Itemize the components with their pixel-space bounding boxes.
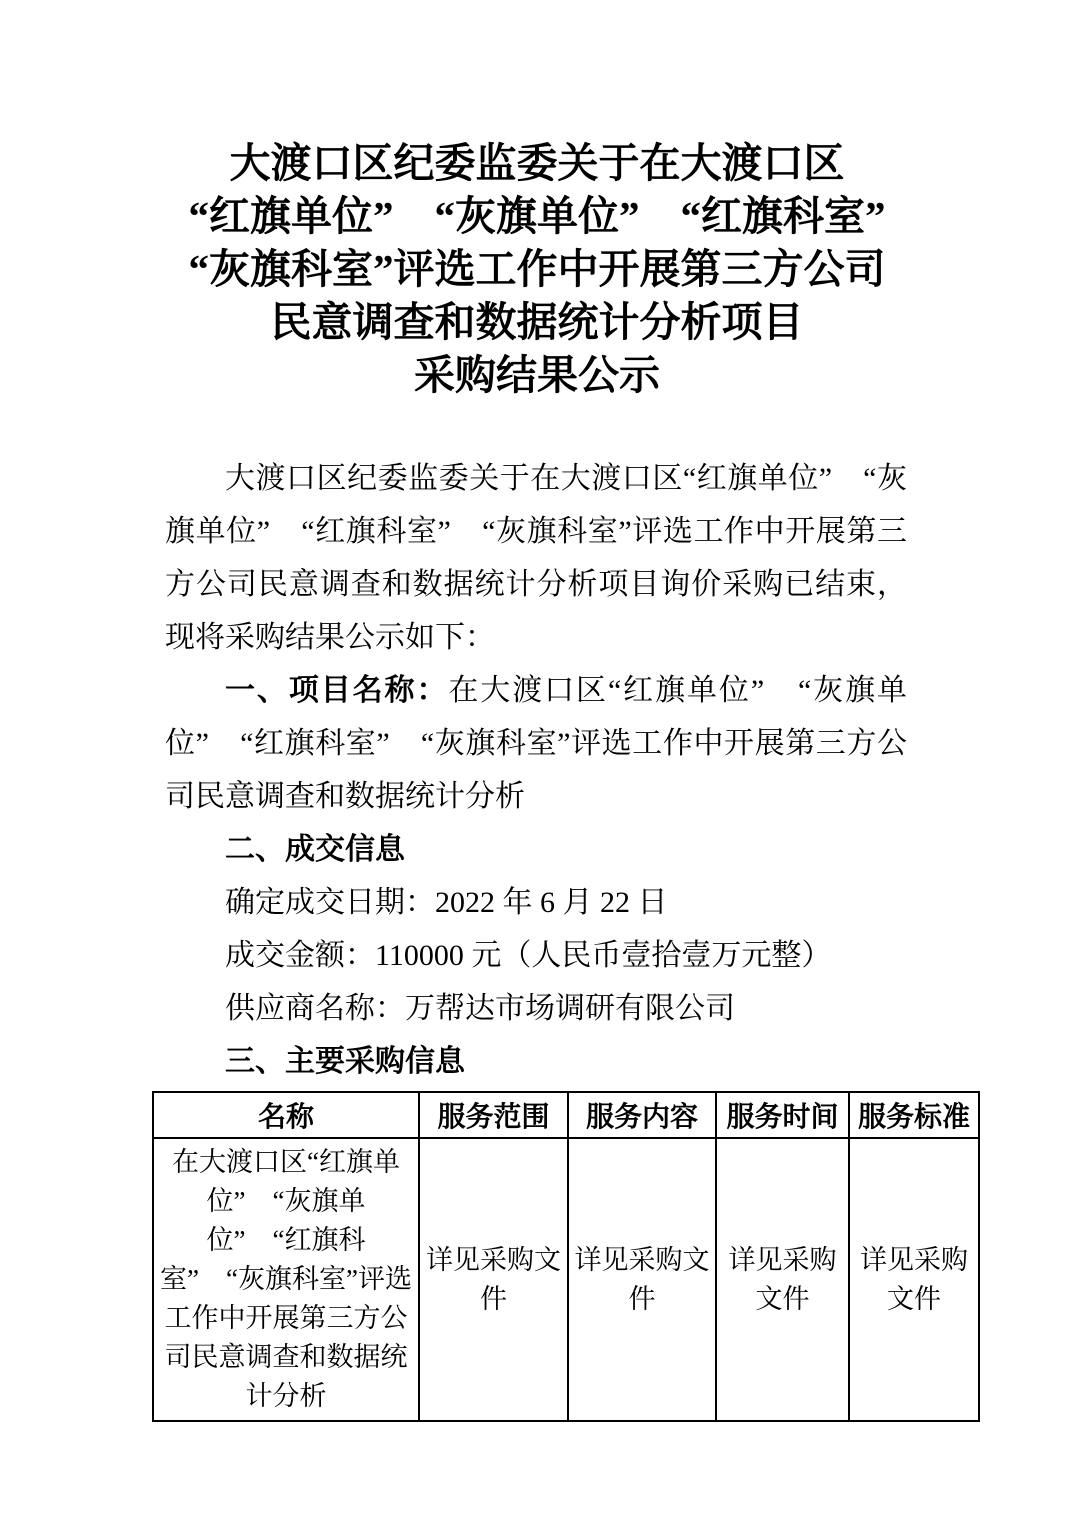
table-header-name: 名称: [153, 1092, 419, 1138]
table-header-row: 名称 服务范围 服务内容 服务时间 服务标准: [153, 1092, 979, 1138]
deal-amount-line: 成交金额：110000 元（人民币壹拾壹万元整）: [165, 929, 907, 982]
section-1-heading: 一、项目名称：: [225, 674, 448, 707]
section-2-heading: 二、成交信息: [165, 823, 907, 876]
table-header-service-standard: 服务标准: [849, 1092, 979, 1138]
table-cell-service-scope: 详见采购文件: [419, 1138, 568, 1421]
section-1-paragraph: 一、项目名称：在大渡口区“红旗单位” “灰旗单位” “红旗科室” “灰旗科室”评…: [165, 664, 907, 823]
deal-date-line: 确定成交日期：2022 年 6 月 22 日: [165, 876, 907, 929]
table-cell-service-content: 详见采购文件: [568, 1138, 716, 1421]
title-line-1: 大渡口区纪委监委关于在大渡口区: [0, 137, 1074, 190]
supplier-name-line: 供应商名称：万帮达市场调研有限公司: [165, 982, 907, 1035]
table-header-service-scope: 服务范围: [419, 1092, 568, 1138]
document-page: 大渡口区纪委监委关于在大渡口区 “红旗单位” “灰旗单位” “红旗科室” “灰旗…: [0, 0, 1074, 1520]
title-line-5: 采购结果公示: [0, 349, 1074, 402]
title-line-3: “灰旗科室”评选工作中开展第三方公司: [0, 243, 1074, 296]
intro-paragraph: 大渡口区纪委监委关于在大渡口区“红旗单位” “灰旗单位” “红旗科室” “灰旗科…: [165, 452, 907, 664]
document-body: 大渡口区纪委监委关于在大渡口区“红旗单位” “灰旗单位” “红旗科室” “灰旗科…: [165, 452, 907, 1088]
table-cell-service-standard: 详见采购文件: [849, 1138, 979, 1421]
table-cell-service-time: 详见采购文件: [716, 1138, 849, 1421]
document-title: 大渡口区纪委监委关于在大渡口区 “红旗单位” “灰旗单位” “红旗科室” “灰旗…: [0, 0, 1074, 402]
section-3-heading: 三、主要采购信息: [165, 1035, 907, 1088]
title-line-4: 民意调查和数据统计分析项目: [0, 296, 1074, 349]
table-row: 在大渡口区“红旗单位” “灰旗单位” “红旗科室” “灰旗科室”评选工作中开展第…: [153, 1138, 979, 1421]
title-line-2: “红旗单位” “灰旗单位” “红旗科室”: [0, 190, 1074, 243]
table-header-service-time: 服务时间: [716, 1092, 849, 1138]
table-cell-name: 在大渡口区“红旗单位” “灰旗单位” “红旗科室” “灰旗科室”评选工作中开展第…: [153, 1138, 419, 1421]
table-header-service-content: 服务内容: [568, 1092, 716, 1138]
procurement-info-table: 名称 服务范围 服务内容 服务时间 服务标准 在大渡口区“红旗单位” “灰旗单位…: [152, 1091, 980, 1422]
